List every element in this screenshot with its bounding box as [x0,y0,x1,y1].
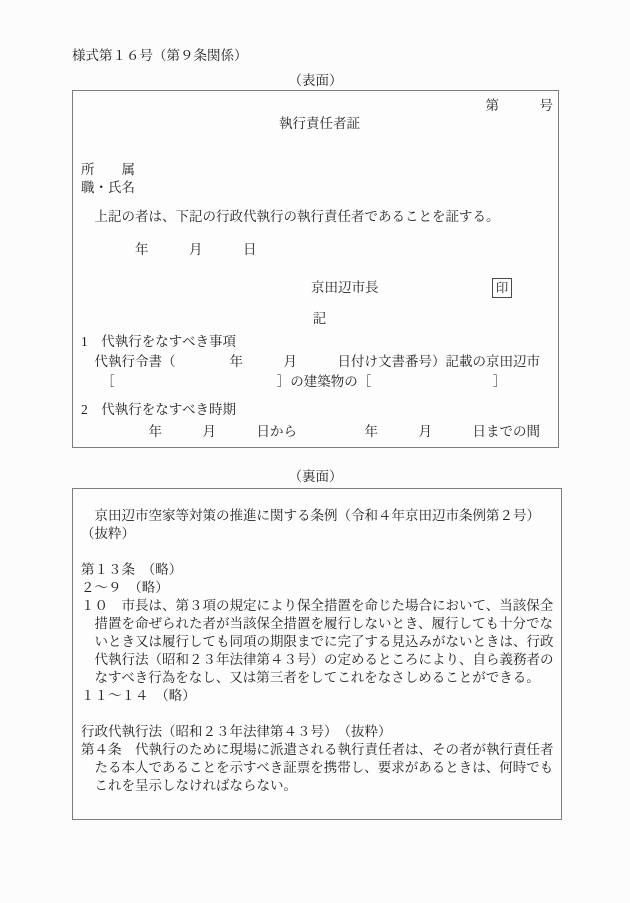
form-number-label: 様式第１６号（第９条関係） [72,47,248,65]
back-text-line: たる本人であることを示すべき証票を携帯し、要求があるときは、何時でも [81,759,555,777]
certificate-number-blank: 第 号 [81,97,558,115]
back-text-line: 代執行法（昭和２３年法律第４３号）の定めるところにより、自ら義務者の [81,651,555,669]
back-text-line: 第１３条 （略） [81,561,555,579]
certificate-title: 執行責任者証 [81,115,558,133]
back-text-line: いとき又は履行しても同項の期限までに完了する見込みがないときは、行政 [81,633,555,651]
back-text-line: １０ 市長は、第３項の規定により保全措置を命じた場合において、当該保全 [81,597,555,615]
affiliation-label: 所 属 [81,161,558,179]
back-text-line: 京田辺市空家等対策の推進に関する条例（令和４年京田辺市条例第２号） [81,507,555,525]
back-text-line [81,705,555,723]
record-mark: 記 [81,310,558,328]
position-name-label: 職・氏名 [81,179,558,197]
certificate-back-box: 京田辺市空家等対策の推進に関する条例（令和４年京田辺市条例第２号）（抜粋）第１３… [72,488,562,820]
front-side-label: （表面） [72,72,559,90]
back-text-line: １１～１４ （略） [81,687,555,705]
issue-date-blank: 年 月 日 [81,241,558,259]
back-text-line [81,543,555,561]
item2-heading: 2 代執行をなすべき時期 [81,401,558,419]
back-text-line: 措置を命ぜられた者が当該保全措置を履行しないとき、履行しても十分でな [81,615,555,633]
mayor-signature-row: 京田辺市長 印 [81,278,558,298]
back-text-line: （抜粋） [81,525,555,543]
item1-heading: 1 代執行をなすべき事項 [81,333,558,351]
back-text-line: 第４条 代執行のために現場に派遣される執行責任者は、その者が執行責任者 [81,741,555,759]
certify-statement: 上記の者は、下記の行政代執行の執行責任者であることを証する。 [81,208,558,226]
back-text-line: なすべき行為をなし、又は第三者をしてこれをなさしめることができる。 [81,669,555,687]
seal-mark: 印 [492,278,512,298]
document-page: 様式第１６号（第９条関係） （表面） 第 号 執行責任者証 所 属 職・氏名 上… [0,0,630,903]
back-text-line: これを呈示しなければならない。 [81,777,555,795]
certificate-front-box: 第 号 執行責任者証 所 属 職・氏名 上記の者は、下記の行政代執行の執行責任者… [72,90,559,448]
item1-detail-line1: 代執行令書（ 年 月 日付け文書番号）記載の京田辺市 [81,353,558,371]
item1-detail-line2: ［ ］の建築物の［ ］ [81,373,558,391]
back-text-line: ２～９ （略） [81,579,555,597]
back-side-label: （裏面） [72,468,559,486]
mayor-title: 京田辺市長 [311,279,379,297]
back-text-line: 行政代執行法（昭和２３年法律第４３号） （抜粋） [81,723,555,741]
item2-detail-line1: 年 月 日から 年 月 日までの間 [81,423,558,441]
